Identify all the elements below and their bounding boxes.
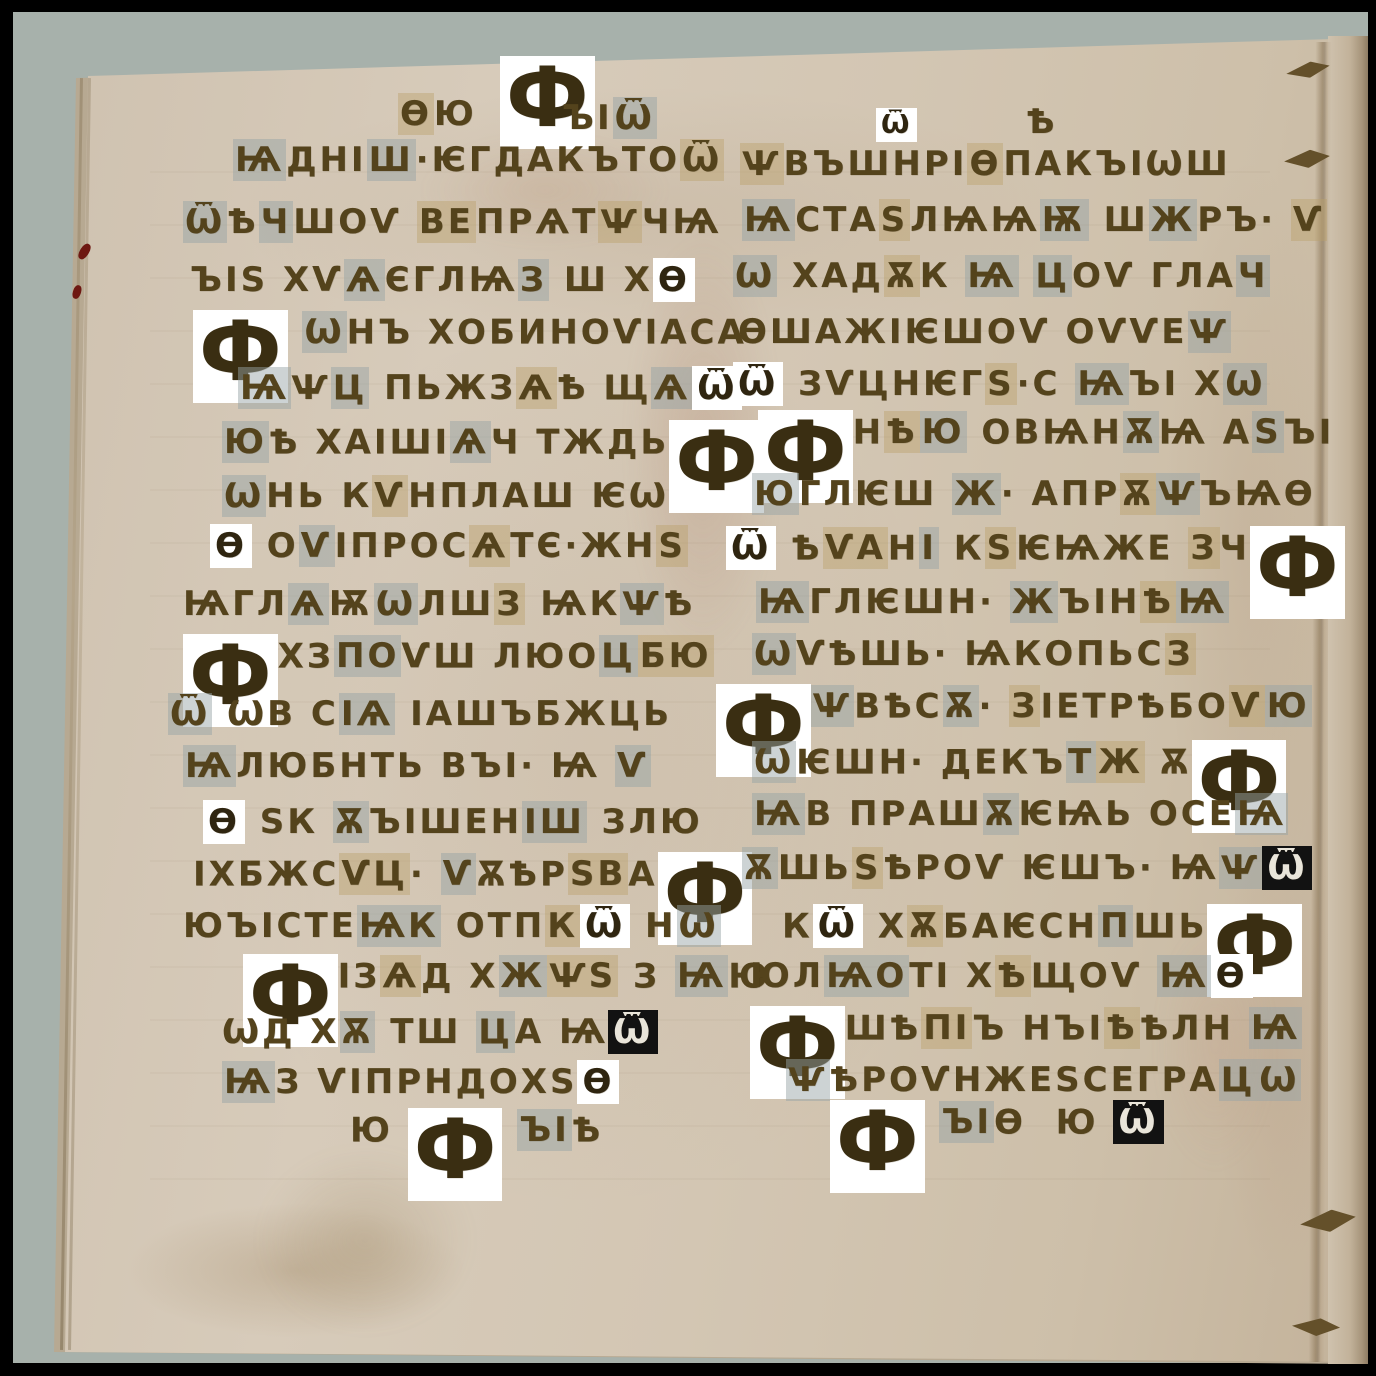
manuscript-text-line: ѰВЪШНРІѲПАКЪІѠШ	[740, 144, 1231, 184]
letters: ЪІН	[1058, 582, 1140, 622]
letters: ѤѨЬ ОСЕ	[1019, 794, 1235, 834]
letter-patch: Ц	[331, 367, 370, 409]
manuscript-text-line: ѲЮ	[398, 94, 477, 134]
letter-patch: Ѩ	[222, 1061, 275, 1103]
letters: ШѢ	[845, 1008, 922, 1048]
manuscript-text-line: ЪІЅ ХѴѦЄГЛѨЗ Ш ХѲ	[190, 260, 695, 300]
letter-patch: Ѿ	[580, 904, 630, 948]
letter-patch: Ю	[1265, 685, 1312, 727]
letters: К	[920, 256, 966, 296]
letters: ГЛѤШН·	[809, 582, 1010, 622]
letter-patch: Ѧ	[344, 259, 385, 301]
letter-patch: Ѧ	[516, 367, 557, 409]
letters: РЪ·	[1197, 200, 1291, 240]
letters: ѨК	[525, 584, 620, 624]
letter-patch: Ѱ	[1219, 847, 1263, 889]
letter-patch: Ѣ	[1104, 1007, 1140, 1049]
letter-patch: ЅВ	[568, 853, 628, 895]
letter-patch: Ѧ	[288, 583, 329, 625]
letter-patch: Ѿ	[876, 108, 917, 142]
letters: ѤѨЖЕ	[1016, 528, 1188, 568]
letter-patch: Ѳ	[1211, 954, 1253, 998]
letters: ѪѢР	[476, 854, 567, 894]
letters: ПАКЪІѠШ	[1003, 144, 1230, 184]
letter-patch: Ѫ	[1123, 411, 1159, 453]
letter-patch: Ѩ	[1235, 793, 1288, 835]
letters: ЄГЛѨ	[385, 260, 518, 300]
letters: Ѩ А	[1159, 412, 1252, 452]
letters: ЮЛ	[750, 956, 824, 996]
letters: ·	[979, 686, 1010, 726]
letter-patch: Ѱ	[786, 1059, 830, 1101]
letters: Ю	[350, 1110, 408, 1150]
letter-patch: ѴЦ	[339, 853, 409, 895]
letter-patch: Ѡ	[222, 475, 266, 517]
letter-patch: Ѱ	[1156, 473, 1200, 515]
letters: Н	[853, 412, 884, 452]
letter-patch: З	[1009, 685, 1040, 727]
letter-patch: П	[1098, 905, 1133, 947]
letter-patch: Ѵ	[615, 745, 651, 787]
letter-patch: ЪІ	[517, 1109, 572, 1151]
letters: З	[618, 956, 675, 996]
letters	[1019, 256, 1034, 296]
letter-patch: Ѕ	[1252, 411, 1284, 453]
letters: Ѣ Щ	[557, 368, 651, 408]
letters: БАѤСН	[943, 906, 1098, 946]
letters: ШЬ	[778, 848, 852, 888]
manuscript-photo: ѲЮФЪІѾѨДНІШ·ѤГДАКЪТОѾѾѢЧШОѴ ВЕПРѦТѰЧѨЪІЅ…	[0, 0, 1376, 1376]
letters: А Ѩ	[515, 1012, 608, 1052]
letter-patch: Ѩ	[1075, 363, 1128, 405]
letter-patch: Ѿ	[733, 362, 783, 406]
initial-letter-patch: Ф	[830, 1100, 925, 1193]
letter-patch: Ѕ	[985, 363, 1017, 405]
letter-patch: Ѩ	[752, 793, 805, 835]
letters: В ПРАШ	[805, 794, 982, 834]
letter-patch: Ѫ	[340, 1011, 376, 1053]
letter-patch: Ѭ	[1040, 199, 1089, 241]
letters: ОТП	[441, 906, 545, 946]
letters: ТШ	[375, 1012, 476, 1052]
letter-patch: ІѦ	[339, 693, 395, 735]
letters: ПРѦТ	[476, 202, 598, 242]
letters: ГЛѤШ	[799, 474, 952, 514]
text-layer: ѲЮФЪІѾѨДНІШ·ѤГДАКЪТОѾѾѢЧШОѴ ВЕПРѦТѰЧѨЪІЅ…	[0, 0, 1376, 1376]
letters: ЗЛЮ	[587, 802, 703, 842]
letters: Ѣ	[776, 528, 822, 568]
letter-patch: Ѧ	[469, 525, 510, 567]
letters: Ю	[1026, 1102, 1113, 1142]
letters: ЪІШЕН	[369, 802, 522, 842]
letter-patch: Ѳ	[577, 1060, 619, 1104]
letters: А	[628, 854, 657, 894]
letters: ЪІЅ ХѴ	[190, 260, 344, 300]
letters: ·ѤГДАКЪТО	[416, 140, 680, 180]
letter-patch: Ѿ	[608, 1010, 658, 1054]
letter-patch: Ц	[1033, 255, 1072, 297]
letter-patch: Ѳ	[210, 524, 252, 568]
letter-patch: Ѳ	[967, 143, 1003, 185]
manuscript-text-line: ѨЗ ѴІПРНДОХЅѲ	[222, 1062, 619, 1102]
letters: ЦЬ	[609, 694, 672, 734]
manuscript-text-line: ѠѴѢШЬ· ѨКОПЬСЗ	[752, 634, 1196, 674]
letter-patch: Ѧ	[651, 367, 692, 409]
letter-patch: Ѕ	[985, 527, 1017, 569]
letters: ОВѨН	[967, 412, 1123, 452]
letter-patch: Ѩ	[965, 255, 1018, 297]
letters: ВѢС	[854, 686, 942, 726]
letters: Х	[863, 906, 907, 946]
letter-patch: Т	[1066, 741, 1096, 783]
letter-patch: Ѕ	[879, 199, 911, 241]
letters: ШАЖІѤШОѴ ОѴѴЕ	[770, 312, 1188, 352]
letter-patch: Ѕ	[852, 847, 884, 889]
letters: Ѣ	[572, 1110, 604, 1150]
initial-letter-patch: Ф	[669, 420, 764, 513]
letters: ВЪШНРІ	[784, 144, 968, 184]
manuscript-text-line: Ѳ ОѴІПРОСѦТЄ·ЖНЅ	[210, 526, 688, 566]
manuscript-text-line: ѨСТАЅЛѨѨѬ ШЖРЪ· Ѵ	[742, 200, 1327, 240]
manuscript-text-line: Ѳ ЅК ѪЪІШЕНІШ ЗЛЮ	[203, 802, 703, 842]
letters: ІПРОС	[335, 526, 470, 566]
letters: ѢЛН	[1140, 1008, 1249, 1048]
letter-patch: Ю	[752, 473, 799, 515]
letter-patch: Ѵ	[1291, 199, 1327, 241]
letter-patch: Ѡ	[752, 633, 796, 675]
letter-patch: Ѱ	[740, 143, 784, 185]
letter-patch: Ѡ	[374, 583, 418, 625]
letter-patch: Ѡ	[1257, 1059, 1301, 1101]
letters: К	[939, 528, 985, 568]
letter-patch: ІШ	[522, 801, 587, 843]
letters: ЧѨ	[642, 202, 722, 242]
letters: ОѴ ГЛА	[1072, 256, 1236, 296]
manuscript-text-line: ѾѢЧШОѴ ВЕПРѦТѰЧѨ	[183, 202, 722, 242]
letter-patch: Ѿ	[168, 693, 212, 735]
letter-patch: Ѱ	[620, 583, 664, 625]
letters: ѠВ С	[212, 694, 339, 734]
letter-patch: Ѡ	[1223, 363, 1267, 405]
initial-letter-patch: Ф	[408, 1108, 503, 1201]
letters: Ш Х	[549, 260, 653, 300]
letters: ХАД	[777, 256, 884, 296]
letter-patch: Ю	[222, 421, 269, 463]
letter-patch: Ж	[952, 473, 1001, 515]
letter-patch: Ц	[1219, 1059, 1258, 1101]
letters: Ш	[1089, 200, 1149, 240]
letter-patch: Ѩ	[238, 367, 291, 409]
letters: З ѴІПРНДОХЅ	[275, 1062, 577, 1102]
letter-patch: Ѣ	[1140, 581, 1176, 623]
letters: ІЗ	[338, 956, 381, 996]
letter-patch: Ѣ	[884, 411, 920, 453]
letters: О	[252, 526, 299, 566]
letters: Ѣ	[227, 202, 259, 242]
letters: ШОѴ	[293, 202, 417, 242]
letter-patch: Ѫ	[884, 255, 920, 297]
letter-patch: Ѳ	[653, 258, 695, 302]
letters: ТІ Х	[909, 956, 995, 996]
letter-patch: Ѡ	[733, 255, 777, 297]
manuscript-text-line: Ф ЪІѲ Ю Ѿ	[830, 1100, 1164, 1193]
letter-patch: Ѵ	[1229, 685, 1265, 727]
letter-patch: Ѿ	[1262, 846, 1312, 890]
letter-patch: Ѱ	[1188, 311, 1232, 353]
letter-patch: Ж	[1010, 581, 1059, 623]
letters: ПЬЖЗ	[369, 368, 516, 408]
manuscript-text-line: ѪШЬЅѢРОѴ ѤШЪ· ѨѰѾ	[742, 848, 1312, 888]
letter-patch: Ѧ	[380, 955, 421, 997]
letters: Ѳ	[1284, 474, 1316, 514]
letters: ѴШ ЛЮО	[401, 636, 599, 676]
letters: ·	[410, 854, 441, 894]
letter-patch: Ѿ	[813, 904, 863, 948]
letter-patch: Ѩ	[756, 581, 809, 623]
letter-patch: ВЕ	[417, 201, 476, 243]
letter-patch: Ѩ	[183, 745, 236, 787]
letters: ѠД Х	[222, 1012, 340, 1052]
manuscript-text-line: ѨДНІШ·ѤГДАКЪТОѾ	[233, 140, 724, 180]
letter-patch: ЪІ	[939, 1101, 994, 1143]
letter-patch: Ж	[499, 955, 548, 997]
letter-patch: Ѩ	[675, 955, 728, 997]
letters: СТА	[795, 200, 878, 240]
letters: Ъ НЪІ	[972, 1008, 1104, 1048]
letters: ·С	[1017, 364, 1076, 404]
letters: ЪѨ	[1200, 474, 1284, 514]
manuscript-text-line: Ѡ ХАДѪК Ѩ ЦОѴ ГЛАЧ	[733, 256, 1270, 296]
letters: ЪІ	[1284, 412, 1335, 452]
manuscript-text-line: Ѿ ѠВ СІѦ ІАШЪБЖЦЬ	[168, 694, 672, 734]
letters: ХЗ	[278, 636, 334, 676]
letter-patch: З	[494, 583, 525, 625]
letter-patch: Ж	[1149, 199, 1198, 241]
letters: НЬ К	[266, 476, 372, 516]
letter-patch: Ж	[1096, 741, 1145, 783]
letters: ЮЪІСТЕ	[183, 906, 357, 946]
manuscript-text-line: Ѿ ЗѴЦНѤГЅ·С ѨЪІ ХѠ	[733, 364, 1267, 404]
letters: Ѣ ХАІШІ	[269, 422, 450, 462]
manuscript-text-line: ѨГЛѦѬѠЛШЗ ѨКѰѢ	[183, 584, 695, 624]
manuscript-text-line: Ѣ	[1026, 102, 1058, 142]
letter-patch: Ѩ	[1176, 581, 1229, 623]
letter-patch: Ѱ	[811, 685, 855, 727]
letter-patch: Ѿ	[183, 201, 227, 243]
letters: ЪІ	[562, 98, 613, 138]
letters: ЛѨѨ	[910, 200, 1040, 240]
manuscript-text-line: ѠНЬ КѴНПЛАШ ѤѠ	[222, 476, 669, 516]
letter-patch: Ѱ	[598, 201, 642, 243]
letter-patch: Ѡ	[677, 905, 721, 947]
letter-patch: Ѫ	[943, 685, 979, 727]
letter-patch: Ю	[920, 411, 967, 453]
letters: НЪ ХОБИНОѴІАСА	[347, 312, 747, 352]
initial-letter-patch: Ф	[1250, 526, 1345, 619]
letter-patch: Ѿ	[680, 139, 724, 181]
manuscript-text-line: ѨВ ПРАШѪѤѨЬ ОСЕѨ	[752, 794, 1288, 834]
letters: НПЛАШ Ѥ	[408, 476, 629, 516]
letter-patch: Ѩ	[233, 139, 286, 181]
manuscript-text-line: Ю Ф ЪІѢ	[350, 1108, 603, 1201]
manuscript-text-line: ѨѰЦ ПЬЖЗѦѢ ЩѦѾ	[238, 368, 742, 408]
letter-patch: Ѡ	[302, 311, 346, 353]
letter-patch: ѴА	[823, 527, 888, 569]
letter-patch: Ѫ	[1120, 473, 1156, 515]
letters: ѨГЛ	[183, 584, 288, 624]
letter-patch: ПІ	[921, 1007, 972, 1049]
letters: ДНІ	[286, 140, 366, 180]
letters	[288, 312, 303, 352]
letters: Ѳ	[994, 1102, 1026, 1142]
letter-patch: Ѫ	[333, 801, 369, 843]
letter-patch: І	[919, 527, 939, 569]
letter-patch: Ѳ	[203, 800, 245, 844]
letter-patch: Ѵ	[441, 853, 477, 895]
letter-patch: Ш	[367, 139, 416, 181]
letter-patch: Ч	[259, 201, 293, 243]
letter-patch: ѨО	[824, 955, 909, 997]
letters: Ч	[1220, 528, 1250, 568]
letters: Ѫ	[1145, 742, 1192, 782]
letter-patch: Ч	[1236, 255, 1270, 297]
letter-patch: Ѫ	[983, 793, 1019, 835]
letter-patch: Ѕ	[656, 525, 688, 567]
letters: ЛШ	[418, 584, 494, 624]
letters: ІХБЖС	[193, 854, 339, 894]
manuscript-text-line: Ѿ	[876, 110, 917, 140]
letter-patch: ѨК	[357, 905, 441, 947]
letters: ѴѢШЬ· ѨКОПЬС	[796, 634, 1164, 674]
letters: Н	[630, 906, 676, 946]
letters: Ѡ	[629, 476, 669, 516]
letter-patch: Ѩ	[1157, 955, 1210, 997]
letters: ѤШН· ДЕКЪ	[796, 742, 1066, 782]
letter-patch: Ѩ	[1249, 1007, 1302, 1049]
letters	[925, 1102, 940, 1142]
manuscript-text-line: ЪІѾ	[562, 98, 657, 138]
letter-patch: Ѵ	[299, 525, 335, 567]
letters: ЗѴЦНѤГ	[783, 364, 985, 404]
letter-patch: Ц	[476, 1011, 515, 1053]
manuscript-text-line: ЮЛѨОТІ ХѢЩОѴ ѨѲ	[750, 956, 1253, 996]
letters	[502, 1110, 517, 1150]
letters: Ѣ	[664, 584, 696, 624]
letter-patch: Ѩ	[742, 199, 795, 241]
manuscript-text-line: ѨГЛѤШН· ЖЪІНѢѨ	[756, 582, 1229, 622]
letter-patch: Ѧ	[450, 421, 491, 463]
letter-patch: Ѿ	[726, 526, 776, 570]
manuscript-text-line: ЮЪІСТЕѨК ОТПКѾ НѠ	[183, 906, 721, 946]
letter-patch: З	[1165, 633, 1196, 675]
letters: Ѳ	[738, 312, 770, 352]
letter-patch: Ѳ	[398, 93, 434, 135]
letters: ЅК	[245, 802, 333, 842]
letters: ЛЮБНТЬ ВЪІ· Ѩ	[236, 746, 615, 786]
letters: Н	[888, 528, 919, 568]
letters: Ю	[434, 94, 477, 134]
letter-patch: Ѣ	[995, 955, 1031, 997]
letters: ІЕТРѢБО	[1040, 686, 1228, 726]
letter-patch: БЮ	[638, 635, 714, 677]
letters: ЪІ Х	[1129, 364, 1224, 404]
letter-patch: Ц	[599, 635, 638, 677]
letter-patch: ПО	[334, 635, 401, 677]
letters: ЩОѴ	[1031, 956, 1158, 996]
letter-patch: Ѿ	[613, 97, 657, 139]
letters: Ѣ	[1026, 102, 1058, 142]
letters: ѢРОѴ ѤШЪ· Ѩ	[883, 848, 1218, 888]
manuscript-text-line: ѲШАЖІѤШОѴ ОѴѴЕѰ	[738, 312, 1231, 352]
letter-patch: З	[518, 259, 549, 301]
letters: Ѭ	[329, 584, 374, 624]
letter-patch: Ѫ	[742, 847, 778, 889]
letter-patch: З	[1188, 527, 1219, 569]
manuscript-text-line: ѨЛЮБНТЬ ВЪІ· Ѩ Ѵ	[183, 746, 651, 786]
letters: Ѱ	[291, 368, 331, 408]
letters: · АПР	[1001, 474, 1120, 514]
letter-patch: Ѿ	[1113, 1100, 1163, 1144]
manuscript-text-line: ѠД ХѪ ТШ ЦА ѨѾ	[222, 1012, 658, 1052]
letters: ШЬ	[1133, 906, 1207, 946]
letter-patch: Ѫ	[907, 905, 943, 947]
letter-patch: К	[545, 905, 580, 947]
letters: ТЄ·ЖН	[510, 526, 656, 566]
letters: Ч ТЖДЬ	[491, 422, 669, 462]
letter-patch: Ѡ	[752, 741, 796, 783]
letter-patch: ѰЅ	[547, 955, 618, 997]
letters: К	[782, 906, 813, 946]
manuscript-text-line: ЮГЛѤШ Ж· АПРѪѰЪѨѲ	[752, 474, 1316, 514]
letters: ІАШЪБЖ	[395, 694, 608, 734]
letter-patch: Ѵ	[372, 475, 408, 517]
letters: Д Х	[421, 956, 498, 996]
